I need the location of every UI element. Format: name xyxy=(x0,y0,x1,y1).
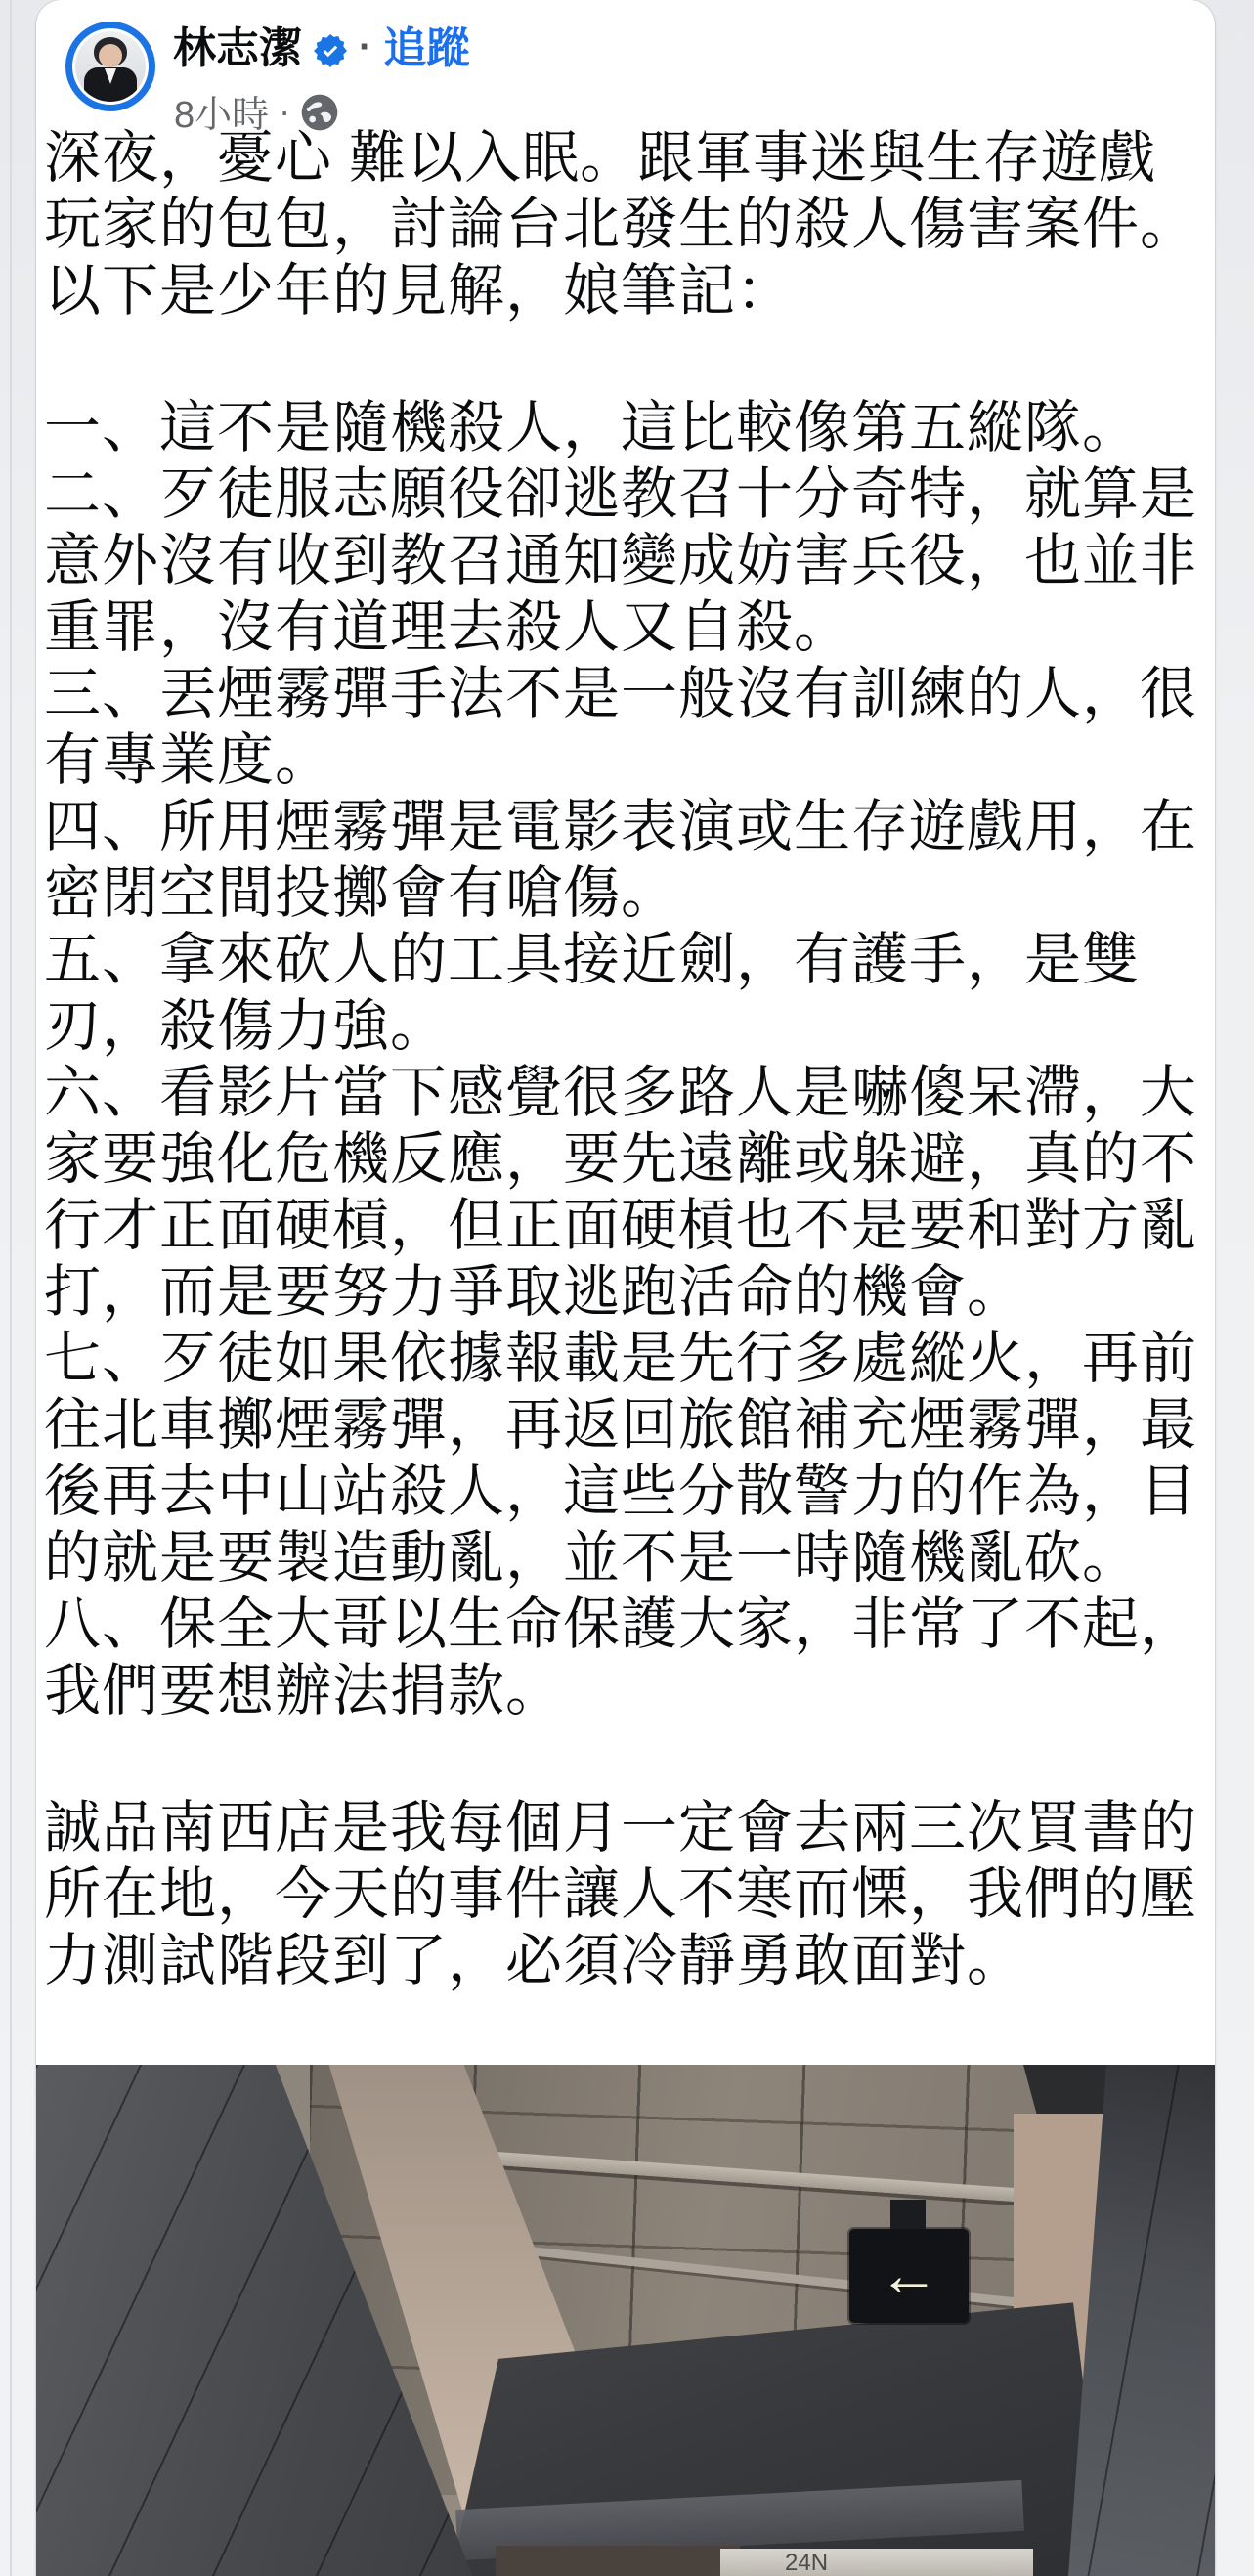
post-photo[interactable]: ← 24N xyxy=(36,2065,1215,2576)
post-header: 林志潔 · 追蹤 xyxy=(173,22,469,76)
avatar-photo xyxy=(75,31,146,102)
header-dot-separator: · xyxy=(359,25,371,69)
left-arrow-icon: ← xyxy=(879,2246,939,2306)
photo-panel-label: 24N xyxy=(785,2551,828,2576)
photo-bottom-light-panel: 24N xyxy=(720,2549,1033,2576)
verified-badge-icon xyxy=(314,34,347,67)
post-card: 林志潔 · 追蹤 8小時 · xyxy=(36,0,1215,2576)
photo-bottom-dark-strip xyxy=(496,2546,740,2576)
post-paragraph-list: 一、這不是隨機殺人，這比較像第五縱隊。 二、歹徒服志願役卻逃教召十分奇特，就算是… xyxy=(44,395,1209,1725)
post-paragraph-closing: 誠品南西店是我每個月一定會去兩三次買書的所在地，今天的事件讓人不寒而慄，我們的壓… xyxy=(44,1795,1209,1994)
post-paragraph-intro: 深夜，憂心 難以入眠。跟軍事迷與生存遊戲玩家的包包，討論台北發生的殺人傷害案件。… xyxy=(44,125,1209,325)
author-name[interactable]: 林志潔 xyxy=(173,22,302,76)
screenshot-root: 林志潔 · 追蹤 8小時 · xyxy=(0,0,1254,2576)
avatar-face-shape xyxy=(99,44,122,67)
page-gutter-line xyxy=(10,0,12,2576)
post-body: 深夜，憂心 難以入眠。跟軍事迷與生存遊戲玩家的包包，討論台北發生的殺人傷害案件。… xyxy=(44,125,1209,1994)
photo-direction-sign: ← xyxy=(849,2229,969,2323)
follow-button[interactable]: 追蹤 xyxy=(383,22,469,76)
avatar[interactable] xyxy=(65,22,155,111)
